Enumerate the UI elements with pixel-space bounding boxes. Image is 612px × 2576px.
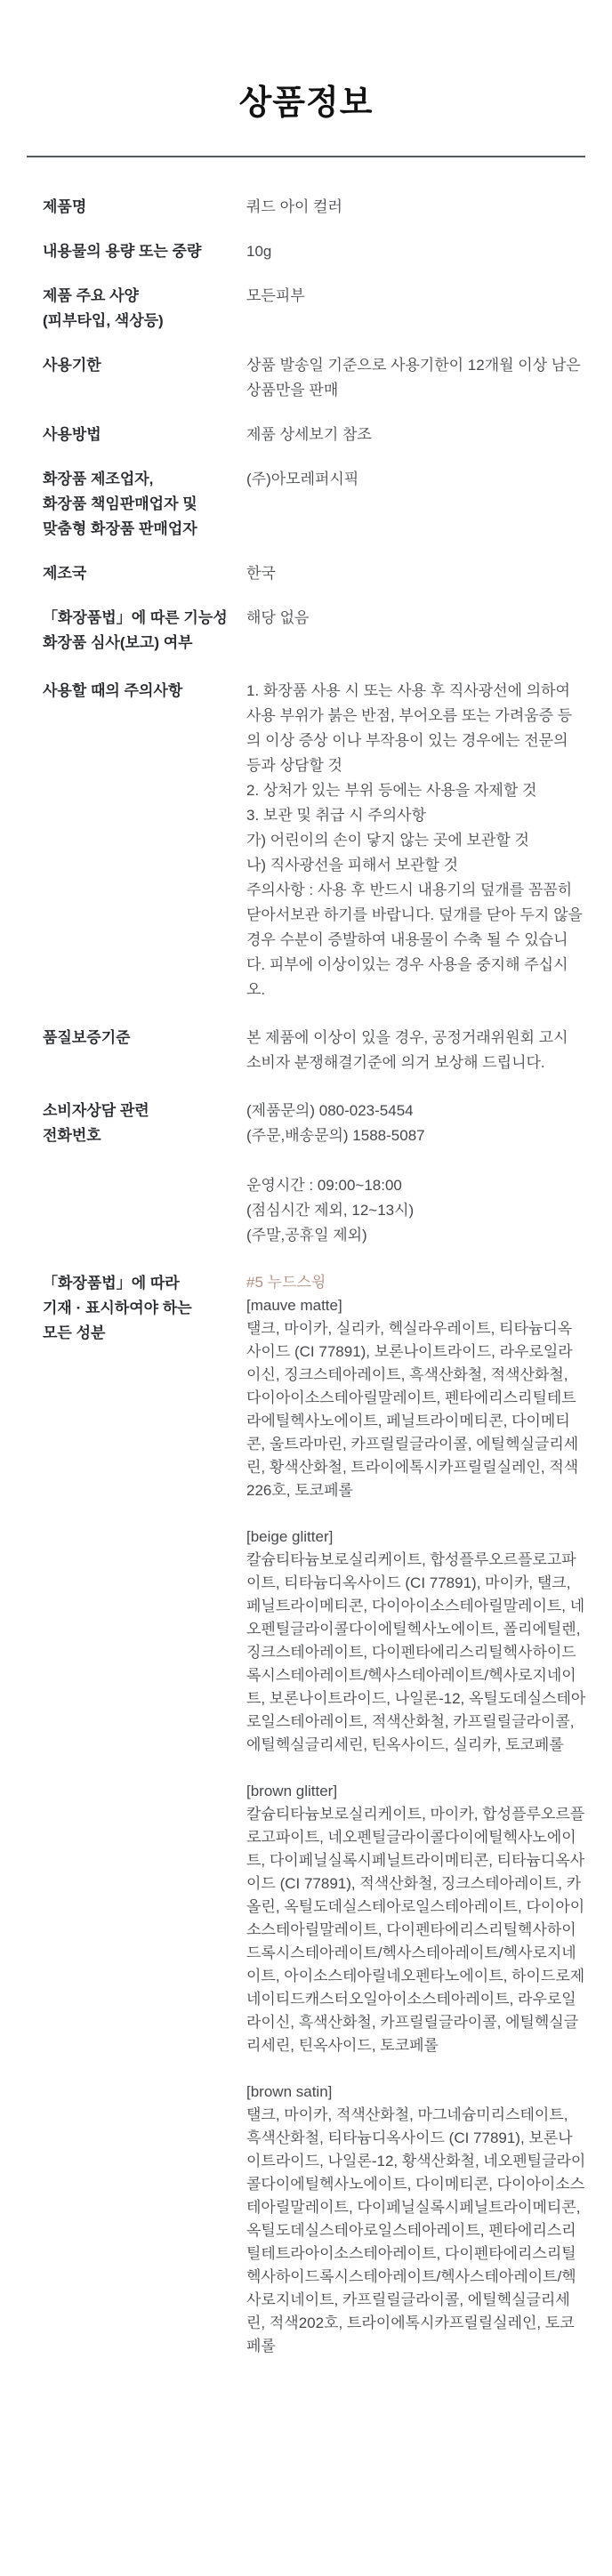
ingredients-value: #5 누드스윙 [mauve matte] 탤크, 마이카, 실리카, 헥실라우… <box>246 1271 586 2358</box>
expiration-label: 사용기한 <box>43 353 246 378</box>
ingredient-group-items: 칼슘티타늄보로실리케이트, 마이카, 합성플루오르플로고파이트, 네오펜틸글라이… <box>246 1803 586 2057</box>
expiration-value: 상품 발송일 기준으로 사용기한이 12개월 이상 남은 상품만을 판매 <box>246 353 586 403</box>
row-quality-guarantee: 품질보증기준 본 제품에 이상이 있을 경우, 공정거래위원회 고시 소비자 분… <box>43 1026 587 1075</box>
page-title: 상품정보 <box>0 0 612 124</box>
ingredient-group-name: [brown satin] <box>246 2081 586 2104</box>
ingredient-group-name: [mauve matte] <box>246 1294 586 1317</box>
row-product-name: 제품명 쿼드 아이 컬러 <box>43 195 587 220</box>
ingredient-group-brown-satin: [brown satin] 탤크, 마이카, 적색산화철, 마그네슘미리스테이트… <box>246 2081 586 2358</box>
product-spec-value: 모든피부 <box>246 284 586 309</box>
product-info-table: 제품명 쿼드 아이 컬러 내용물의 용량 또는 중량 10g 제품 주요 사양 … <box>0 157 612 2449</box>
content-weight-label: 내용물의 용량 또는 중량 <box>43 239 246 264</box>
row-precautions: 사용할 때의 주의사항 1. 화장품 사용 시 또는 사용 후 직사광선에 의하… <box>43 679 587 1002</box>
precautions-label: 사용할 때의 주의사항 <box>43 679 246 704</box>
quality-guarantee-value: 본 제품에 이상이 있을 경우, 공정거래위원회 고시 소비자 분쟁해결기준에 … <box>246 1026 586 1075</box>
ingredient-group-items: 탤크, 마이카, 적색산화철, 마그네슘미리스테이트, 흑색산화철, 티타늄디옥… <box>246 2104 586 2358</box>
ingredient-group-items: 칼슘티타늄보로실리케이트, 합성플루오르플로고파이트, 티타늄디옥사이드 (CI… <box>246 1549 586 1757</box>
ingredient-group-items: 탤크, 마이카, 실리카, 헥실라우레이트, 티타늄디옥사이드 (CI 7789… <box>246 1317 586 1502</box>
quality-guarantee-label: 품질보증기준 <box>43 1026 246 1051</box>
precautions-value: 1. 화장품 사용 시 또는 사용 후 직사광선에 의하여 사용 부위가 붉은 … <box>246 679 586 1002</box>
row-expiration: 사용기한 상품 발송일 기준으로 사용기한이 12개월 이상 남은 상품만을 판… <box>43 353 587 403</box>
country-of-origin-label: 제조국 <box>43 561 246 586</box>
functional-review-value: 해당 없음 <box>246 606 586 631</box>
manufacturer-label: 화장품 제조업자, 화장품 책임판매업자 및 맞춤형 화장품 판매업자 <box>43 467 246 542</box>
manufacturer-value: (주)아모레퍼시픽 <box>246 467 586 492</box>
row-customer-service: 소비자상담 관련 전화번호 (제품문의) 080-023-5454 (주문,배송… <box>43 1099 587 1248</box>
row-country-of-origin: 제조국 한국 <box>43 561 587 586</box>
country-of-origin-value: 한국 <box>246 561 586 586</box>
functional-review-label: 「화장품법」에 따른 기능성 화장품 심사(보고) 여부 <box>43 606 246 656</box>
row-functional-review: 「화장품법」에 따른 기능성 화장품 심사(보고) 여부 해당 없음 <box>43 606 587 656</box>
usage-method-label: 사용방법 <box>43 423 246 447</box>
content-weight-value: 10g <box>246 239 586 264</box>
customer-service-value: (제품문의) 080-023-5454 (주문,배송문의) 1588-5087 … <box>246 1099 586 1248</box>
ingredient-group-name: [brown glitter] <box>246 1780 586 1803</box>
ingredient-group-name: [beige glitter] <box>246 1525 586 1549</box>
ingredient-group-mauve-matte: [mauve matte] 탤크, 마이카, 실리카, 헥실라우레이트, 티타늄… <box>246 1294 586 1502</box>
row-ingredients: 「화장품법」에 따라 기재 · 표시하여야 하는 모든 성분 #5 누드스윙 [… <box>43 1271 587 2358</box>
row-manufacturer: 화장품 제조업자, 화장품 책임판매업자 및 맞춤형 화장품 판매업자 (주)아… <box>43 467 587 542</box>
ingredient-group-brown-glitter: [brown glitter] 칼슘티타늄보로실리케이트, 마이카, 합성플루오… <box>246 1780 586 2057</box>
product-info-page: 상품정보 제품명 쿼드 아이 컬러 내용물의 용량 또는 중량 10g 제품 주… <box>0 0 612 2576</box>
product-name-value: 쿼드 아이 컬러 <box>246 195 586 220</box>
customer-service-label: 소비자상담 관련 전화번호 <box>43 1099 246 1148</box>
ingredient-group-beige-glitter: [beige glitter] 칼슘티타늄보로실리케이트, 합성플루오르플로고파… <box>246 1525 586 1757</box>
row-product-spec: 제품 주요 사양 (피부타입, 색상등) 모든피부 <box>43 284 587 334</box>
shade-name: #5 누드스윙 <box>246 1271 586 1294</box>
row-content-weight: 내용물의 용량 또는 중량 10g <box>43 239 587 264</box>
ingredients-label: 「화장품법」에 따라 기재 · 표시하여야 하는 모든 성분 <box>43 1271 246 1346</box>
product-name-label: 제품명 <box>43 195 246 220</box>
product-spec-label: 제품 주요 사양 (피부타입, 색상등) <box>43 284 246 334</box>
row-usage-method: 사용방법 제품 상세보기 참조 <box>43 423 587 447</box>
usage-method-value: 제품 상세보기 참조 <box>246 423 586 447</box>
